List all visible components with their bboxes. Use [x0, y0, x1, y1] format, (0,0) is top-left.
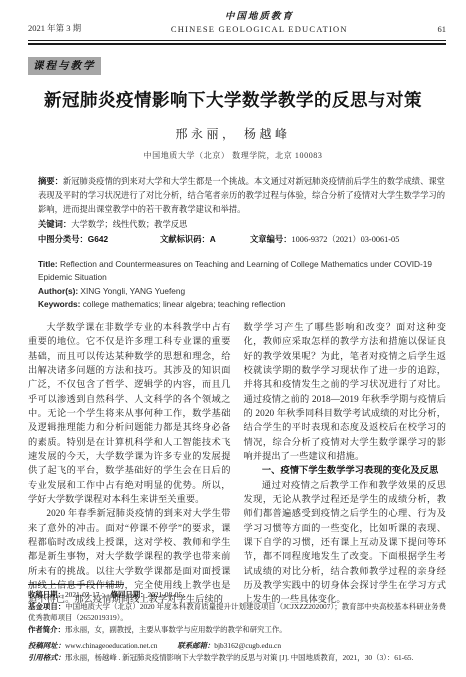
section-heading: 一、疫情下学生数学学习表现的变化及反思 [244, 463, 447, 477]
footnote-divider-rule [28, 584, 124, 585]
author-bio-label: 作者简介： [28, 625, 65, 634]
english-keywords-label: Keywords: [38, 299, 83, 309]
author-bio-text: 邢永丽，女，副教授，主要从事数学与应用数学的教学和研究工作。 [65, 625, 287, 634]
author-bio-line: 作者简介：邢永丽，女，副教授，主要从事数学与应用数学的教学和研究工作。 [28, 624, 446, 636]
body-paragraph: 大学数学课在非数学专业的本科教学中占有重要的地位。它不仅是许多理工科专业课的重要… [28, 320, 231, 506]
citation-label: 引用格式： [28, 653, 65, 662]
fund-project-text: 中国地质大学（北京）2020 年度本科教育质量提升计划建设项目（JCJXZZ20… [28, 602, 446, 623]
journal-title-english: CHINESE GEOLOGICAL EDUCATION [171, 24, 348, 35]
received-date-value: 2021-03-17 ； [65, 590, 109, 599]
authors-line: 邢永丽， 杨越峰 [0, 125, 466, 142]
fund-project-line: 基金项目：中国地质大学（北京）2020 年度本科教育质量提升计划建设项目（JCJ… [28, 601, 446, 624]
journal-title-chinese: 中国地质教育 [171, 12, 348, 24]
english-authors-label: Author(s): [38, 286, 80, 296]
revised-date-label: 修回日期： [111, 590, 148, 599]
abstract-label: 摘要： [38, 176, 63, 186]
english-keywords-line: Keywords: college mathematics; linear al… [38, 298, 442, 312]
citation-text: 邢永丽，杨越峰 . 新冠肺炎疫情影响下大学数学教学的反思与对策 [J]. 中国地… [65, 653, 413, 662]
doc-code-item: 文献标识码：A [160, 232, 250, 247]
doc-code-label: 文献标识码： [160, 234, 210, 244]
footnote-block: 收稿日期：2021-03-17 ； 修回日期：2021-08-05。 基金项目：… [28, 584, 446, 664]
doc-code-value: A [210, 234, 216, 244]
received-date-label: 收稿日期： [28, 590, 65, 599]
fund-project-label: 基金项目： [28, 602, 65, 611]
article-id-item: 文章编号：1006-9372（2021）03-0061-05 [250, 232, 399, 247]
issue-label: 2021 年第 3 期 [28, 22, 81, 35]
journal-name-block: 中国地质教育 CHINESE GEOLOGICAL EDUCATION [171, 12, 348, 35]
revised-date-value: 2021-08-05。 [148, 590, 190, 599]
body-paragraph: 数学学习产生了哪些影响和改变？面对这种变化，教师应采取怎样的教学方法和措施以保证… [244, 320, 447, 463]
submission-url-text: www.chinageoeducation.net.cn [65, 641, 157, 650]
contact-email-label: 联系邮箱： [177, 641, 214, 650]
affiliation-line: 中国地质大学（北京） 数理学院，北京 100083 [0, 150, 466, 161]
left-column: 大学数学课在非数学专业的本科教学中占有重要的地位。它不仅是许多理工科专业课的重要… [28, 320, 231, 607]
citation-line: 引用格式：邢永丽，杨越峰 . 新冠肺炎疫情影响下大学数学教学的反思与对策 [J]… [28, 652, 446, 664]
keywords-line: 关键词：大学数学；线性代数；教学反思 [38, 217, 445, 232]
english-title-line: Title: Reflection and Countermeasures on… [38, 258, 442, 285]
page-number: 61 [438, 24, 447, 35]
article-id-label: 文章编号： [250, 234, 292, 244]
right-column: 数学学习产生了哪些影响和改变？面对这种变化，教师应采取怎样的教学方法和措施以保证… [244, 320, 447, 607]
column-section-tag: 课程与教学 [28, 57, 101, 75]
header-divider-rule [28, 40, 446, 45]
english-authors-line: Author(s): XING Yongli, YANG Yuefeng [38, 285, 442, 299]
english-authors-text: XING Yongli, YANG Yuefeng [80, 286, 185, 296]
keywords-label: 关键词： [38, 219, 71, 229]
received-date-line: 收稿日期：2021-03-17 ； 修回日期：2021-08-05。 [28, 589, 446, 601]
page-header: 2021 年第 3 期 中国地质教育 CHINESE GEOLOGICAL ED… [0, 0, 466, 40]
submission-contact-line: 投稿网址：www.chinageoeducation.net.cn 联系邮箱：b… [28, 640, 446, 652]
english-keywords-text: college mathematics; linear algebra; tea… [83, 299, 285, 309]
classification-row: 中图分类号：G642 文献标识码：A 文章编号：1006-9372（2021）0… [38, 232, 445, 247]
english-title-text: Reflection and Countermeasures on Teachi… [38, 259, 432, 283]
english-title-label: Title: [38, 259, 60, 269]
section-tag-row: 课程与教学 [28, 56, 466, 75]
clc-label: 中图分类号： [38, 234, 88, 244]
article-body: 大学数学课在非数学专业的本科教学中占有重要的地位。它不仅是许多理工科专业课的重要… [28, 320, 446, 607]
english-meta-block: Title: Reflection and Countermeasures on… [38, 258, 442, 312]
article-id-value: 1006-9372（2021）03-0061-05 [292, 235, 400, 244]
keywords-text: 大学数学；线性代数；教学反思 [71, 220, 187, 229]
clc-value: G642 [88, 234, 108, 244]
abstract-paragraph: 摘要：新冠肺炎疫情的到来对大学和大学生都是一个挑战。本文通过对新冠肺炎疫情前后学… [38, 174, 445, 217]
journal-page: 2021 年第 3 期 中国地质教育 CHINESE GEOLOGICAL ED… [0, 0, 466, 677]
submission-url-label: 投稿网址： [28, 641, 65, 650]
clc-item: 中图分类号：G642 [38, 232, 160, 247]
article-title: 新冠肺炎疫情影响下大学数学教学的反思与对策 [24, 87, 442, 112]
contact-email-text: bjb3162@cugb.edu.cn [214, 641, 281, 650]
abstract-text: 新冠肺炎疫情的到来对大学和大学生都是一个挑战。本文通过对新冠肺炎疫情前后学生的数… [38, 177, 445, 214]
